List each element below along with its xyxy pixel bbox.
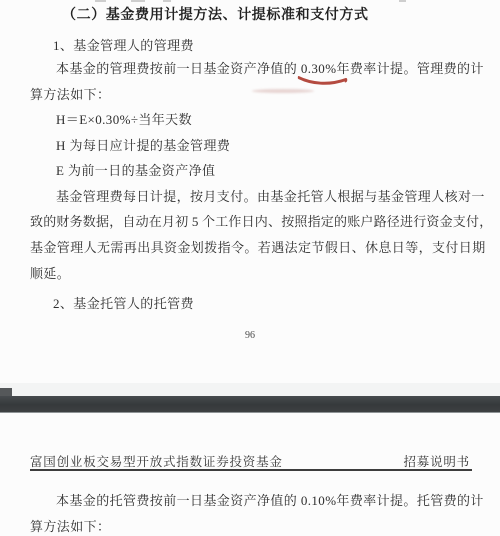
- header-rule: [30, 469, 472, 471]
- page-header-row: 富国创业板交易型开放式指数证券投资基金 招募说明书: [30, 452, 470, 470]
- paragraph-text-post: 年费率计提。管理费的计: [336, 61, 483, 76]
- list-item-2-custodian-fee: 2、基金托管人的托管费: [53, 296, 194, 312]
- cutoff-text-fragment: [95, 0, 106, 2]
- list-item-1-manager-fee: 1、基金管理人的管理费: [53, 38, 194, 54]
- red-pen-bleed-smudge: [252, 89, 314, 93]
- paragraph-text-pre: 本基金的管理费按前一日基金资产净值的: [56, 61, 301, 76]
- definition-e: E 为前一日的基金资产净值: [56, 163, 215, 179]
- page-number: 96: [0, 328, 500, 344]
- screenshot-seam-strip: [0, 383, 500, 396]
- payment-paragraph-line2: 致的财务数据，自动在月初 5 个工作日内、按照指定的账户路径进行资金支付，: [30, 214, 492, 230]
- rate-value: 0.30%: [301, 61, 337, 76]
- paragraph-manager-fee-line1: 本基金的管理费按前一日基金资产净值的 0.30%年费率计提。管理费的计: [56, 61, 484, 77]
- red-pen-underline-annotation: [297, 75, 349, 85]
- divider-bar: [0, 396, 500, 413]
- section-heading: （二）基金费用计提方法、计提标准和支付方式: [62, 8, 369, 24]
- payment-paragraph-line1: 基金管理费每日计提，按月支付。由基金托管人根据与基金管理人核对一: [56, 189, 485, 205]
- fund-name-header: 富国创业板交易型开放式指数证券投资基金: [30, 452, 283, 470]
- document-type-header: 招募说明书: [403, 452, 470, 470]
- cutoff-text-fragment: [131, 0, 145, 2]
- paragraph-manager-fee-line2: 算方法如下：: [30, 87, 110, 103]
- custodian-fee-paragraph-line1: 本基金的托管费按前一日基金资产净值的 0.10%年费率计提。托管费的计: [56, 493, 484, 509]
- cutoff-text-fragment: [163, 0, 171, 2]
- payment-paragraph-line3: 基金管理人无需再出具资金划拨指令。若遇法定节假日、休息日等，支付日期: [30, 240, 486, 256]
- payment-paragraph-line4: 顺延。: [30, 266, 70, 282]
- definition-h: H 为每日应计提的基金管理费: [56, 138, 230, 154]
- cutoff-text-fragment: [399, 0, 406, 2]
- annotated-rate: 0.30%: [301, 61, 337, 77]
- formula-line: H＝E×0.30%÷当年天数: [56, 112, 192, 128]
- custodian-fee-paragraph-line2: 算方法如下：: [30, 519, 110, 535]
